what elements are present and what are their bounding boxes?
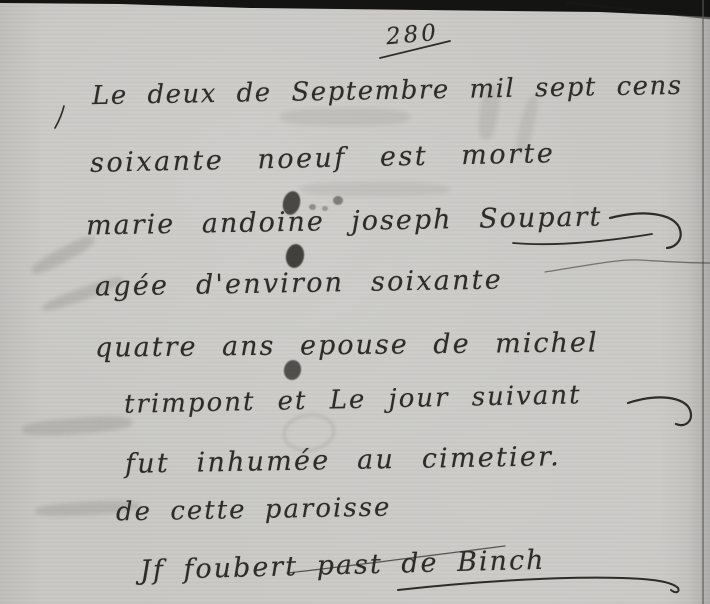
manuscript-line-3: marie andoine joseph Soupart <box>86 201 603 241</box>
comma-mark <box>55 106 64 128</box>
bleedthrough-smudge <box>300 182 450 196</box>
manuscript-line-1: Le deux de Septembre mil sept cens <box>92 71 683 111</box>
line-3-text: marie andoine joseph <box>86 204 480 242</box>
underlined-surname: Soupart <box>479 201 603 234</box>
soupart-underline-stroke <box>513 234 652 244</box>
signature-text: Jf foubert past <box>140 548 402 586</box>
bleedthrough-smudge <box>22 414 133 438</box>
scan-dark-edge-top <box>0 0 710 20</box>
signature-place: de Binch <box>401 545 546 580</box>
bleedthrough-smudge <box>280 108 410 126</box>
ink-blot <box>284 243 306 270</box>
ink-blot <box>282 358 303 381</box>
manuscript-line-4: agée d'environ soixante <box>95 264 503 302</box>
signature-line: Jf foubert past de Binch <box>140 545 546 587</box>
page-edge-shade <box>688 0 710 604</box>
suivant-flourish-stroke <box>628 397 691 425</box>
manuscript-line-6: trimpont et Le jour suivant <box>124 380 582 420</box>
soupart-flourish-stroke <box>610 213 681 248</box>
binch-underline-stroke <box>398 578 679 593</box>
manuscript-line-2: soixante noeuf est morte <box>90 138 556 179</box>
manuscript-line-7: fut inhumée au cimetier. <box>125 441 561 480</box>
margin-stroke-right <box>545 260 710 272</box>
page-number: 280 <box>385 20 440 51</box>
page-edge-line <box>702 0 704 604</box>
manuscript-page: 280 Le deux de Septembre mil sept cens s… <box>0 0 710 604</box>
ink-blot <box>333 196 343 205</box>
manuscript-line-5: quatre ans epouse de michel <box>95 327 599 363</box>
manuscript-line-8: de cette paroisse <box>116 493 392 528</box>
